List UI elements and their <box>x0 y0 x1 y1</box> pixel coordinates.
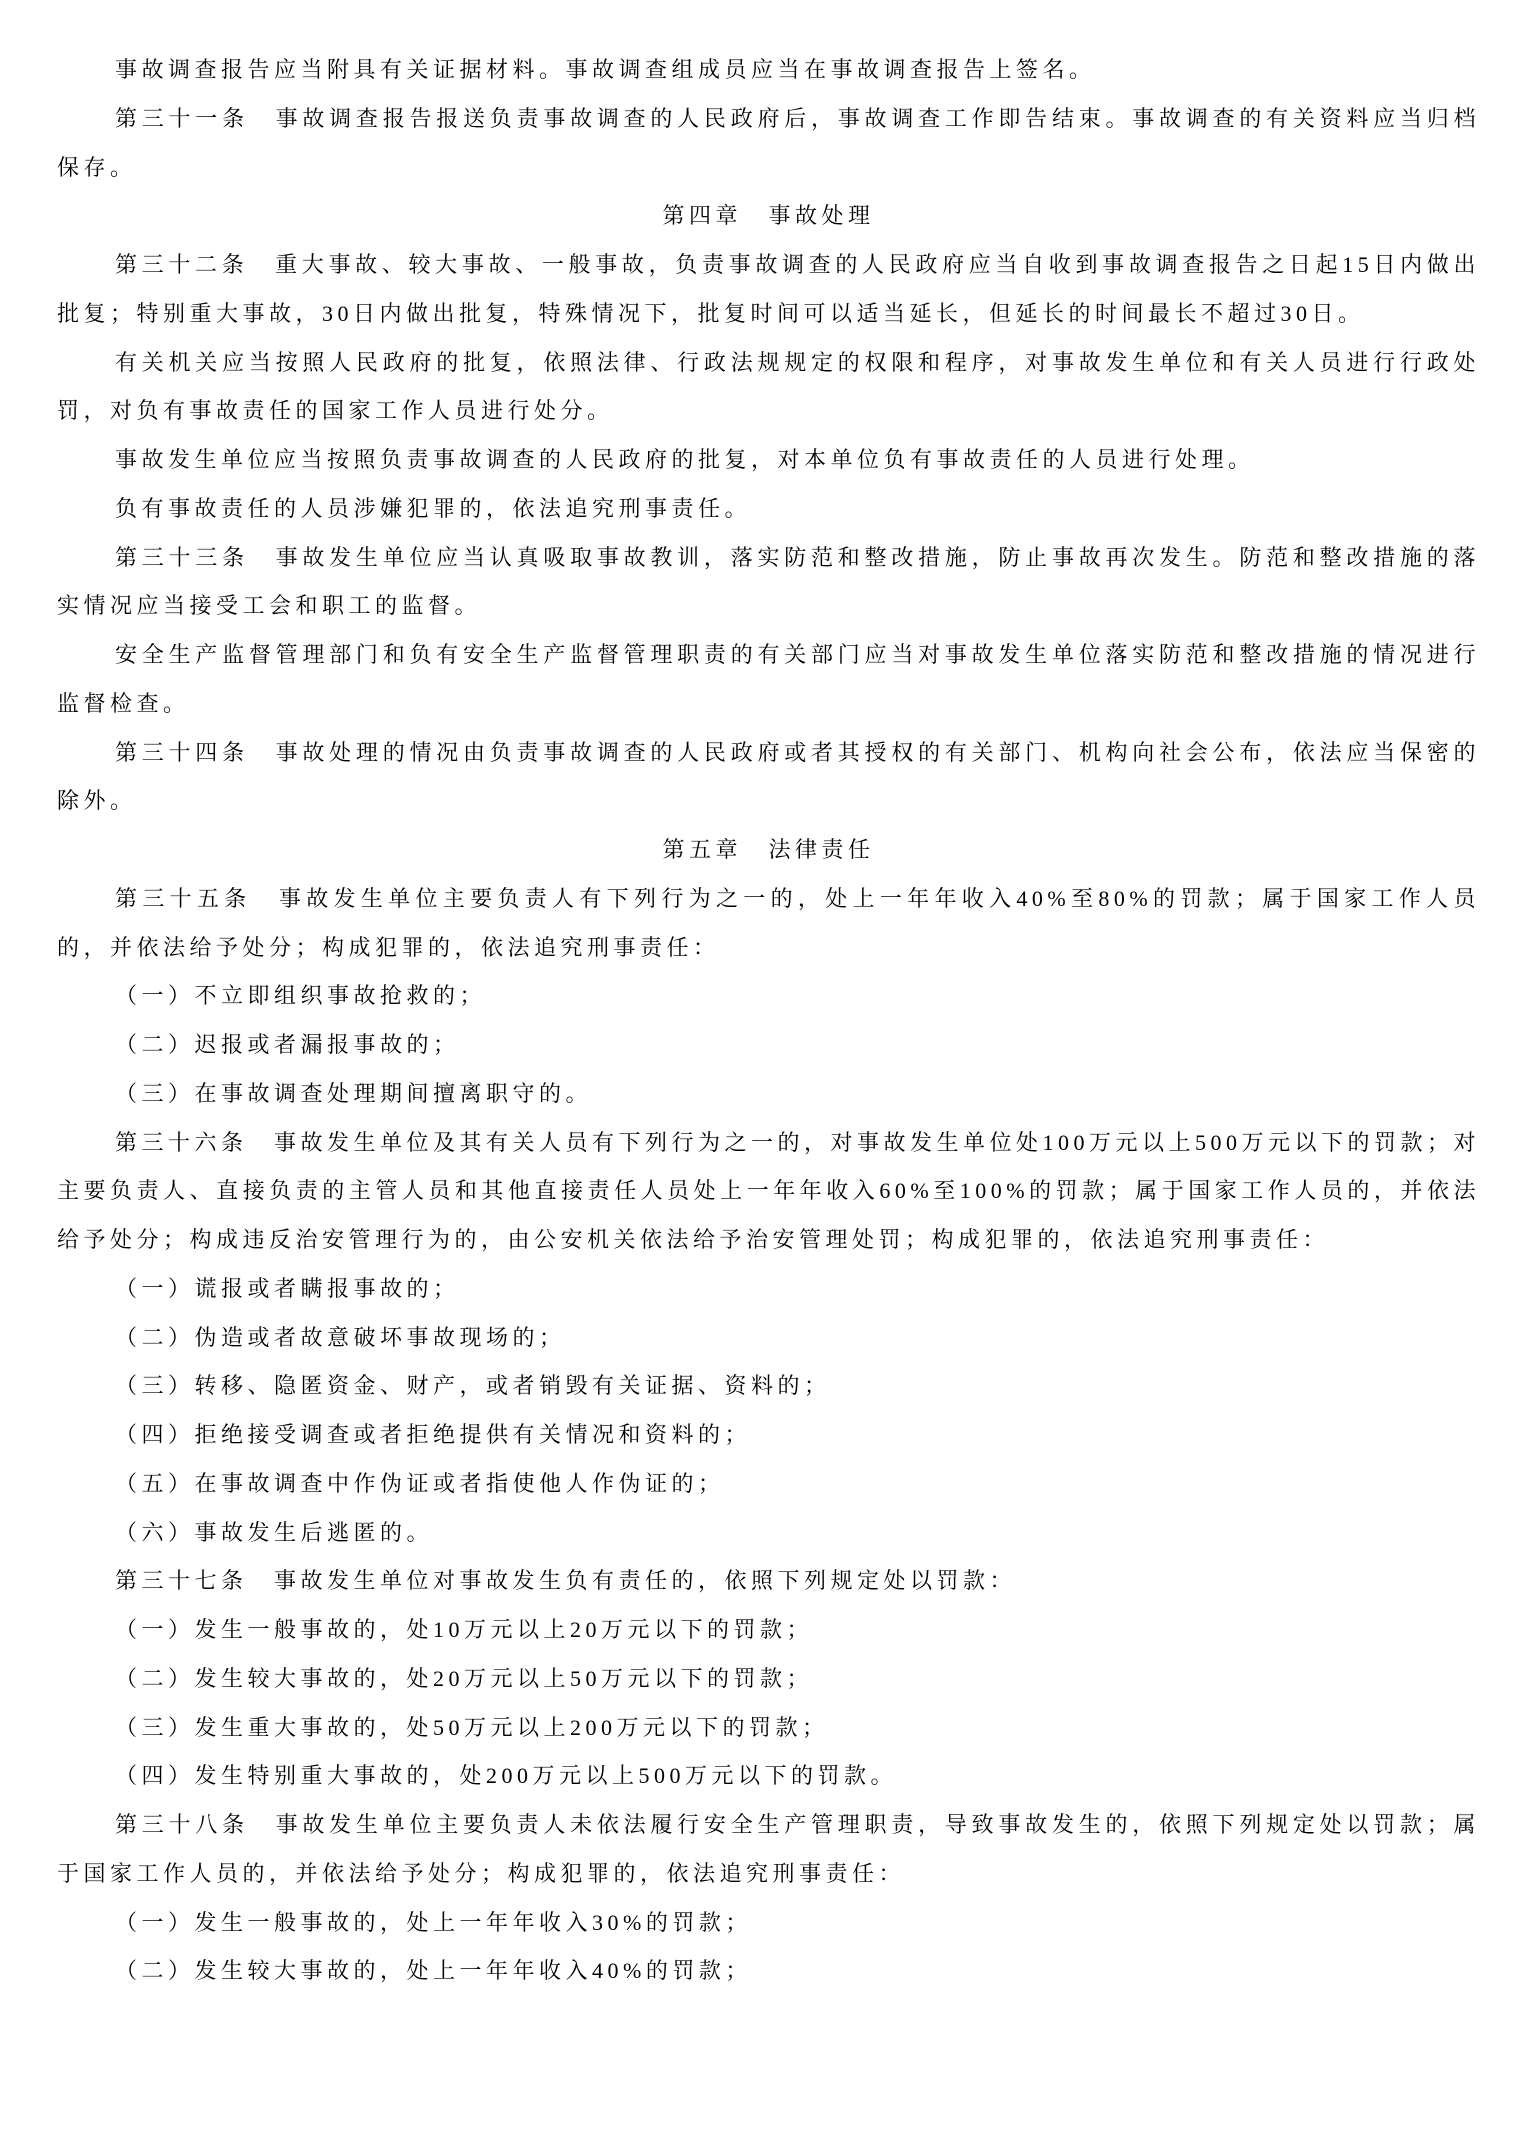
paragraph: 第三十七条 事故发生单位对事故发生负有责任的，依照下列规定处以罚款： <box>57 1557 1480 1606</box>
list-item: （三）在事故调查处理期间擅离职守的。 <box>57 1070 1480 1119</box>
paragraph: 事故调查报告应当附具有关证据材料。事故调查组成员应当在事故调查报告上签名。 <box>57 46 1480 95</box>
list-item: （二）发生较大事故的，处上一年年收入40%的罚款； <box>57 1947 1480 1996</box>
paragraph: 有关机关应当按照人民政府的批复，依照法律、行政法规规定的权限和程序，对事故发生单… <box>57 339 1480 437</box>
list-item: （四）发生特别重大事故的，处200万元以上500万元以下的罚款。 <box>57 1752 1480 1801</box>
paragraph: 安全生产监督管理部门和负有安全生产监督管理职责的有关部门应当对事故发生单位落实防… <box>57 631 1480 729</box>
list-item: （一）谎报或者瞒报事故的； <box>57 1265 1480 1314</box>
list-item: （二）伪造或者故意破坏事故现场的； <box>57 1314 1480 1363</box>
document-page: 事故调查报告应当附具有关证据材料。事故调查组成员应当在事故调查报告上签名。第三十… <box>0 0 1520 2150</box>
list-item: （一）发生一般事故的，处上一年年收入30%的罚款； <box>57 1899 1480 1948</box>
document-body: 事故调查报告应当附具有关证据材料。事故调查组成员应当在事故调查报告上签名。第三十… <box>0 0 1520 2150</box>
list-item: （三）发生重大事故的，处50万元以上200万元以下的罚款； <box>57 1704 1480 1753</box>
paragraph: 事故发生单位应当按照负责事故调查的人民政府的批复，对本单位负有事故责任的人员进行… <box>57 436 1480 485</box>
paragraph: 第三十五条 事故发生单位主要负责人有下列行为之一的，处上一年年收入40%至80%… <box>57 875 1480 973</box>
paragraph: 第三十六条 事故发生单位及其有关人员有下列行为之一的，对事故发生单位处100万元… <box>57 1119 1480 1265</box>
list-item: （三）转移、隐匿资金、财产，或者销毁有关证据、资料的； <box>57 1362 1480 1411</box>
chapter-heading: 第四章 事故处理 <box>57 192 1480 241</box>
paragraph: 第三十二条 重大事故、较大事故、一般事故，负责事故调查的人民政府应当自收到事故调… <box>57 241 1480 339</box>
list-item: （四）拒绝接受调查或者拒绝提供有关情况和资料的； <box>57 1411 1480 1460</box>
paragraph: 第三十三条 事故发生单位应当认真吸取事故教训，落实防范和整改措施，防止事故再次发… <box>57 534 1480 632</box>
list-item: （一）不立即组织事故抢救的； <box>57 972 1480 1021</box>
list-item: （二）迟报或者漏报事故的； <box>57 1021 1480 1070</box>
list-item: （六）事故发生后逃匿的。 <box>57 1509 1480 1558</box>
list-item: （一）发生一般事故的，处10万元以上20万元以下的罚款； <box>57 1606 1480 1655</box>
paragraph: 负有事故责任的人员涉嫌犯罪的，依法追究刑事责任。 <box>57 485 1480 534</box>
paragraph: 第三十八条 事故发生单位主要负责人未依法履行安全生产管理职责，导致事故发生的，依… <box>57 1801 1480 1899</box>
chapter-heading: 第五章 法律责任 <box>57 826 1480 875</box>
paragraph: 第三十四条 事故处理的情况由负责事故调查的人民政府或者其授权的有关部门、机构向社… <box>57 729 1480 827</box>
paragraph: 第三十一条 事故调查报告报送负责事故调查的人民政府后，事故调查工作即告结束。事故… <box>57 95 1480 193</box>
list-item: （五）在事故调查中作伪证或者指使他人作伪证的； <box>57 1460 1480 1509</box>
list-item: （二）发生较大事故的，处20万元以上50万元以下的罚款； <box>57 1655 1480 1704</box>
